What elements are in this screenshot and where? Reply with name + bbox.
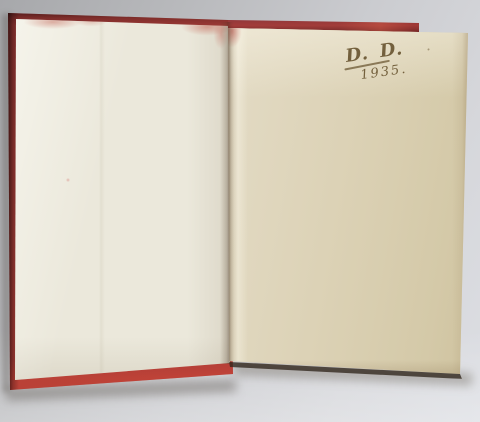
left-pastedown-endpaper [15,19,230,380]
book-photo: D. D. 1935. [0,0,480,422]
gutter-crease [220,22,234,364]
